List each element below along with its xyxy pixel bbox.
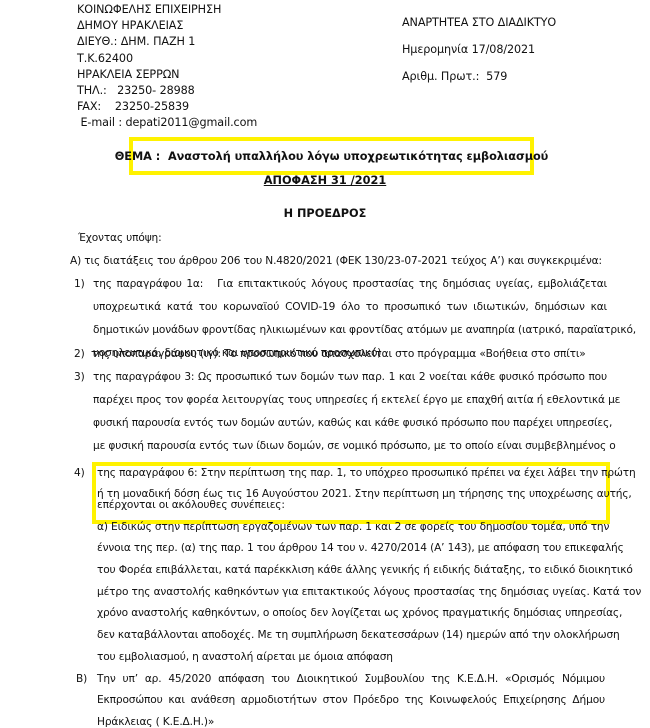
item-1-line-2: υποχρεωτικά κατά του κορωναϊού COVID-19 … — [93, 301, 607, 313]
section-b-line-3: Ηράκλειας ( Κ.Ε.Δ.Η.)» — [97, 716, 214, 728]
sub-a-line-5: χρόνο αναστολής καθηκόντων, ο οποίος δεν… — [97, 607, 605, 619]
section-b-line-2: Εκπροσώπου και ανάθεση αρμοδιοτήτων στον… — [97, 694, 605, 706]
org-fax-line: FAX: 23250-25839 — [77, 99, 257, 115]
org-postcode-line: Τ.Κ.62400 — [77, 51, 257, 67]
section-b-number: Β) — [76, 673, 87, 685]
org-email-line: E-mail : depati2011@gmail.com — [77, 115, 257, 131]
item-1-number: 1) — [74, 278, 85, 290]
item-1-line-1: της παραγράφου 1α: Για επιτακτικούς λόγο… — [93, 278, 607, 290]
org-name-line: ΚΟΙΝΩΦΕΛΗΣ ΕΠΙΧΕΙΡΗΣΗ — [77, 2, 257, 18]
intro-text: Έχοντας υπόψη: — [78, 232, 162, 244]
subject-text: ΘΕΜΑ : Αναστολή υπαλλήλου λόγω υποχρεωτι… — [115, 150, 549, 163]
document-date: Ημερομηνία 17/08/2021 — [402, 42, 535, 58]
decision-title: ΑΠΟΦΑΣΗ 31 /2021 — [0, 174, 650, 187]
item-4-number: 4) — [74, 467, 85, 479]
sub-a-line-2: έννοια της περ. (α) της παρ. 1 του άρθρο… — [97, 542, 605, 554]
sub-a-line-7: του εμβολιασμού, η αναστολή αίρεται με ό… — [97, 651, 393, 663]
sub-a-line-3: του Φορέα επιβάλλεται, κατά παρέκκλιση κ… — [97, 564, 605, 576]
item-3-number: 3) — [74, 371, 85, 383]
item-3-line-3: φυσική παρουσία εντός των δομών αυτών, κ… — [93, 417, 607, 429]
item-3-line-1: της παραγράφου 3: Ως προσωπικό των δομών… — [93, 371, 607, 383]
sub-a-line-1: α) Ειδικώς στην περίπτωση εργαζομένων τω… — [97, 521, 605, 533]
section-a-text: Α) τις διατάξεις του άρθρου 206 του Ν.48… — [70, 255, 602, 267]
item-1-line-3: δημοτικών μονάδων φροντίδας ηλικιωμένων … — [93, 324, 607, 336]
item-3-line-4: με φυσική παρουσία εντός των ίδιων δομών… — [93, 440, 607, 452]
organization-address-block: ΚΟΙΝΩΦΕΛΗΣ ΕΠΙΧΕΙΡΗΣΗ ΔΗΜΟΥ ΗΡΑΚΛΕΙΑΣ ΔΙ… — [77, 2, 257, 132]
org-municipality-line: ΔΗΜΟΥ ΗΡΑΚΛΕΙΑΣ — [77, 18, 257, 34]
org-city-line: ΗΡΑΚΛΕΙΑ ΣΕΡΡΩΝ — [77, 67, 257, 83]
sub-a-line-4: μέτρο της αναστολής καθηκόντων για επιτα… — [97, 586, 605, 598]
item-3-line-2: παρέχει προς τον φορέα λειτουργίας τους … — [93, 394, 607, 406]
posting-notice: ΑΝΑΡΤΗΤΕΑ ΣΤΟ ΔΙΑΔΙΚΤΥΟ — [402, 15, 556, 31]
item-4-line-3: επέρχονται οι ακόλουθες συνέπειες: — [97, 499, 285, 511]
subject-highlight-box: ΘΕΜΑ : Αναστολή υπαλλήλου λόγω υποχρεωτι… — [129, 137, 534, 175]
item-2-line-1: της υποπαραγράφου (ιγ): Το προσωπικό που… — [91, 348, 586, 360]
president-title: Η ΠΡΟΕΔΡΟΣ — [0, 207, 650, 220]
org-address-line: ΔΙΕΥΘ.: ΔΗΜ. ΠΑΖΗ 1 — [77, 34, 257, 50]
section-b-line-1: Την υπ’ αρ. 45/2020 απόφαση του Διοικητι… — [97, 673, 605, 685]
item-2-number: 2) — [74, 348, 85, 360]
sub-a-line-6: δεν καταβάλλονται αποδοχές. Με τη συμπλή… — [97, 629, 605, 641]
protocol-number: Αριθμ. Πρωτ.: 579 — [402, 69, 507, 85]
org-phone-line: ΤΗΛ.: 23250- 28988 — [77, 83, 257, 99]
item-4-line-1: της παραγράφου 6: Στην περίπτωση της παρ… — [97, 467, 602, 479]
